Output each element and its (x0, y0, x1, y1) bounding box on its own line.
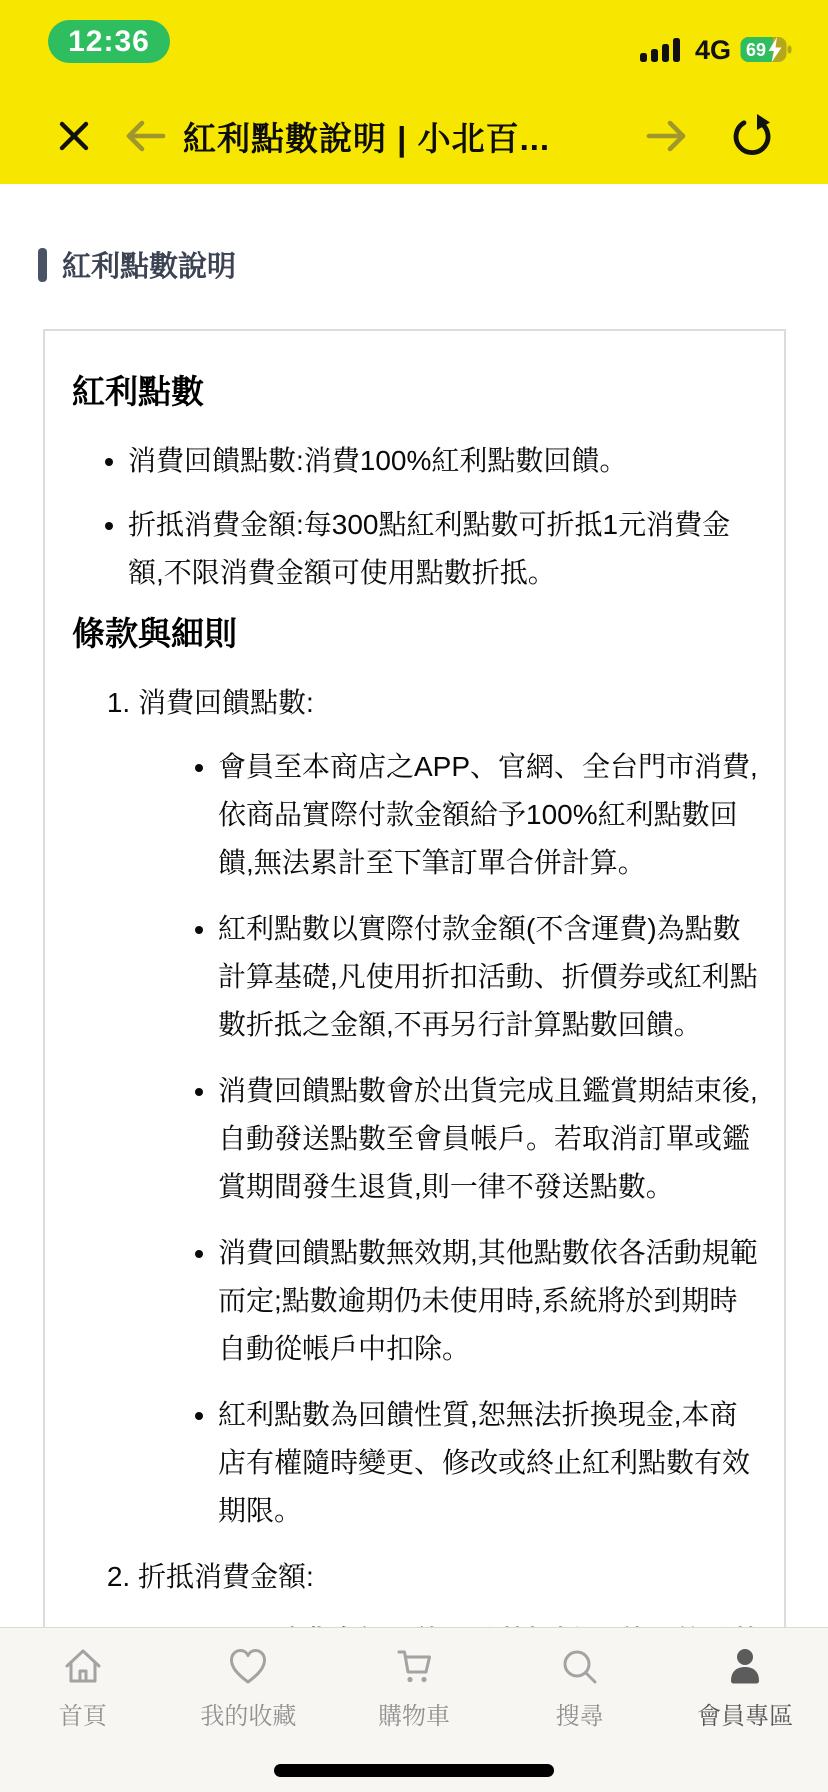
terms-numbered-list: 消費回饋點數: 會員至本商店之APP、官網、全台門市消費,依商品實際付款金額給予… (72, 679, 762, 1627)
search-icon (557, 1644, 603, 1690)
refresh-button[interactable] (726, 92, 778, 180)
term-item: 消費回饋點數: 會員至本商店之APP、官網、全台門市消費,依商品實際付款金額給予… (138, 679, 762, 1535)
list-item: 會員至本商店之APP、官網、全台門市消費,依商品實際付款金額給予100%紅利點數… (218, 743, 762, 887)
battery-icon: 69 (740, 36, 792, 64)
status-time: 12:36 (68, 25, 150, 59)
tab-label: 購物車 (378, 1696, 450, 1731)
tab-label: 首頁 (59, 1696, 107, 1731)
person-icon (722, 1644, 768, 1690)
status-indicators: 4G 69 (638, 34, 792, 66)
tab-home[interactable]: 首頁 (0, 1628, 166, 1792)
home-indicator[interactable] (274, 1764, 554, 1777)
page-title-nav: 紅利點數說明 | 小北百... (183, 92, 550, 180)
app-header: 12:36 4G 69 (0, 0, 828, 184)
status-time-pill: 12:36 (48, 20, 170, 63)
points-bullet-list: 消費回饋點數:消費100%紅利點數回饋。 折抵消費金額:每300點紅利點數可折抵… (72, 437, 762, 597)
list-item: 不限消費金額可使用點數折抵(可使用的點數依 (218, 1617, 762, 1627)
browser-nav-bar: 紅利點數說明 | 小北百... (0, 92, 828, 180)
tab-member-area[interactable]: 會員專區 (662, 1628, 828, 1792)
term-detail-list: 不限消費金額可使用點數折抵(可使用的點數依 (138, 1617, 762, 1627)
points-info-card: 紅利點數 消費回饋點數:消費100%紅利點數回饋。 折抵消費金額:每300點紅利… (43, 329, 786, 1627)
list-item: 消費回饋點數:消費100%紅利點數回饋。 (128, 437, 762, 485)
content-heading: 紅利點數說明 (38, 244, 828, 285)
svg-text:69: 69 (746, 40, 766, 60)
list-item: 消費回饋點數無效期,其他點數依各活動規範而定;點數逾期仍未使用時,系統將於到期時… (218, 1229, 762, 1373)
close-icon (53, 115, 95, 157)
tab-label: 會員專區 (697, 1696, 793, 1731)
webview-content[interactable]: 紅利點數說明 紅利點數 消費回饋點數:消費100%紅利點數回饋。 折抵消費金額:… (0, 184, 828, 1627)
term-label: 折抵消費金額: (138, 1561, 314, 1592)
section-title-terms: 條款與細則 (72, 613, 762, 655)
forward-button[interactable] (640, 92, 694, 180)
arrow-right-icon (643, 115, 691, 157)
term-item: 折抵消費金額: 不限消費金額可使用點數折抵(可使用的點數依 (138, 1553, 762, 1627)
tab-label: 我的收藏 (200, 1696, 296, 1731)
cart-icon (391, 1644, 437, 1690)
list-item: 折抵消費金額:每300點紅利點數可折抵1元消費金額,不限消費金額可使用點數折抵。 (128, 501, 762, 597)
term-label: 消費回饋點數: (138, 687, 314, 718)
reload-icon (728, 112, 776, 160)
back-button[interactable] (118, 92, 172, 180)
close-button[interactable] (48, 92, 100, 180)
section-title-points: 紅利點數 (72, 371, 762, 413)
signal-bars-icon (638, 35, 686, 65)
arrow-left-icon (121, 115, 169, 157)
home-icon (60, 1644, 106, 1690)
list-item: 消費回饋點數會於出貨完成且鑑賞期結束後,自動發送點數至會員帳戶。若取消訂單或鑑賞… (218, 1067, 762, 1211)
content-heading-text: 紅利點數說明 (62, 244, 236, 285)
term-detail-list: 會員至本商店之APP、官網、全台門市消費,依商品實際付款金額給予100%紅利點數… (138, 743, 762, 1535)
list-item: 紅利點數以實際付款金額(不含運費)為點數計算基礎,凡使用折扣活動、折價券或紅利點… (218, 905, 762, 1049)
heading-accent-bar (38, 248, 47, 282)
heart-icon (225, 1644, 271, 1690)
tab-label: 搜尋 (556, 1696, 604, 1731)
list-item: 紅利點數為回饋性質,恕無法折換現金,本商店有權隨時變更、修改或終止紅利點數有效期… (218, 1391, 762, 1535)
network-type-label: 4G (695, 35, 731, 66)
